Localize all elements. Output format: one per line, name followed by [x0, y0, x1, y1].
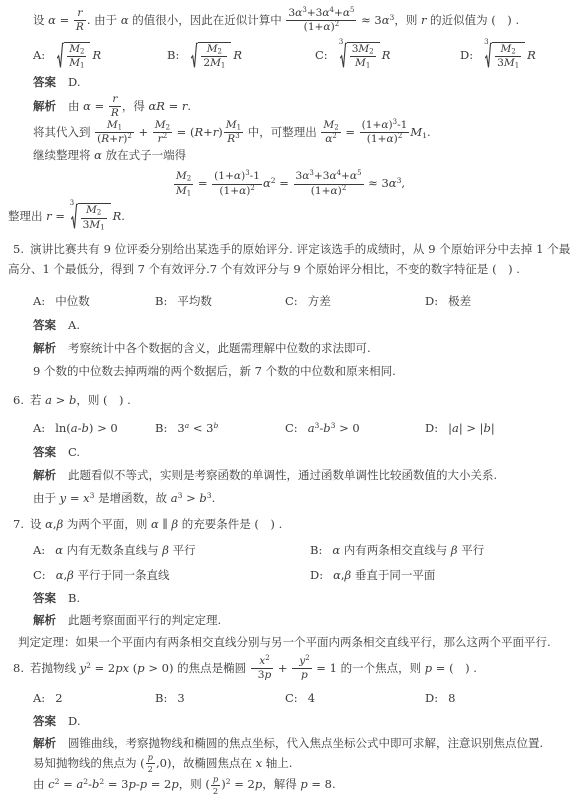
q4-stem: 设 α = rR. 由于 α 的值很小，因此在近似计算中 3α3+3α4+α5(… — [33, 8, 570, 34]
analysis-text: 考察统计中各个数据的含义，此题需理解中位数的求法即可. — [68, 341, 371, 355]
question-text: 若 a > b，则 ( ) . — [30, 393, 131, 407]
question-number: 5. — [13, 242, 30, 256]
q7-stem: 7.设 α,β 为两个平面，则 α ∥ β 的充要条件是 ( ) . — [8, 514, 570, 534]
option-text: 极差 — [448, 294, 471, 308]
q8-analysis-3: 由 c2 = a2-b2 = 3p-p = 2p，则 (p2)2 = 2p，解得… — [33, 774, 570, 795]
option-label-d: D: — [425, 294, 448, 308]
answer-value: A. — [68, 318, 80, 332]
q5-analysis-1: 解析考察统计中各个数据的含义，此题需理解中位数的求法即可. — [33, 338, 570, 358]
option-label-b: B: — [167, 48, 189, 62]
q4-option-c: C:33M2M1R — [315, 42, 460, 70]
q5-option-c: C:方差 — [285, 291, 425, 311]
q6-option-d: D:|a| > |b| — [425, 418, 570, 438]
q4-analysis-5: 整理出 r = 3M23M1R. — [8, 203, 570, 231]
q6-stem: 6.若 a > b，则 ( ) . — [8, 390, 570, 410]
question-number: 8. — [13, 661, 30, 675]
q5-option-d: D:极差 — [425, 291, 570, 311]
q8-option-b: B:3 — [155, 688, 285, 708]
q6-options: A:ln(a-b) > 0 B:3a < 3b C:a3-b3 > 0 D:|a… — [33, 418, 570, 438]
q8-stem: 8.若抛物线 y2 = 2px (p > 0) 的焦点是椭圆 x23p + y2… — [8, 656, 570, 682]
q7-analysis-2: 判定定理：如果一个平面内有两条相交直线分别与另一个平面内两条相交直线平行，那么这… — [18, 632, 570, 652]
option-label-c: C: — [315, 48, 338, 62]
answer-value: C. — [68, 445, 80, 459]
option-text: |a| > |b| — [448, 421, 495, 435]
q4-analysis-2: 将其代入到 M1(R+r)2 + M2r2 = (R+r)M1R3 中，可整理出… — [33, 120, 570, 146]
option-text: α 内有两条相交直线与 β 平行 — [332, 543, 484, 557]
q4-analysis-1: 解析由 α = rR，得 αR = r. — [33, 94, 570, 120]
option-text: 中位数 — [55, 294, 90, 308]
q5-option-b: B:平均数 — [155, 291, 285, 311]
answer-value: B. — [68, 591, 80, 605]
q5-stem: 5.演讲比赛共有 9 位评委分别给出某选手的原始评分. 评定该选手的成绩时，从 … — [8, 239, 570, 279]
q4-options: A:M2M1R B:M22M1R C:33M2M1R D:3M23M1R — [33, 42, 570, 70]
option-text: 33M2M1R — [338, 48, 391, 62]
analysis-label: 解析 — [33, 613, 68, 627]
q8-option-c: C:4 — [285, 688, 425, 708]
q8-analysis-2: 易知抛物线的焦点为 (p2,0)，故椭圆焦点在 x 轴上. — [33, 753, 570, 774]
answer-value: D. — [68, 75, 80, 89]
q7-option-c: C:α,β 平行于同一条直线 — [33, 565, 310, 585]
option-text: 方差 — [308, 294, 331, 308]
option-text: ln(a-b) > 0 — [55, 421, 118, 435]
q4-display-equation: M2M1 = (1+α)3-1(1+α)2α2 = 3α3+3α4+α5(1+α… — [8, 171, 570, 197]
option-text: 2 — [55, 691, 62, 705]
option-text: 3a < 3b — [177, 421, 218, 435]
q6-option-a: A:ln(a-b) > 0 — [33, 418, 155, 438]
option-label-c: C: — [285, 421, 308, 435]
q5-options: A:中位数 B:平均数 C:方差 D:极差 — [33, 291, 570, 311]
q7-option-b: B:α 内有两条相交直线与 β 平行 — [310, 540, 570, 560]
q8-options: A:2 B:3 C:4 D:8 — [33, 688, 570, 708]
answer-label: 答案 — [33, 445, 68, 459]
q5-option-a: A:中位数 — [33, 291, 155, 311]
option-text: a3-b3 > 0 — [308, 421, 360, 435]
option-label-c: C: — [285, 294, 308, 308]
q8-option-d: D:8 — [425, 688, 570, 708]
option-text: α,β 平行于同一条直线 — [56, 568, 170, 582]
q6-option-c: C:a3-b3 > 0 — [285, 418, 425, 438]
q7-options: A:α 内有无数条直线与 β 平行 B:α 内有两条相交直线与 β 平行 C:α… — [33, 540, 570, 585]
option-label-a: A: — [33, 294, 55, 308]
answer-value: D. — [68, 714, 80, 728]
answer-label: 答案 — [33, 318, 68, 332]
option-label-c: C: — [33, 568, 56, 582]
question-number: 7. — [13, 517, 30, 531]
analysis-text: 此题看似不等式，实则是考察函数的单调性，通过函数单调性比较函数值的大小关系. — [68, 468, 497, 482]
q8-analysis-1: 解析圆锥曲线，考察抛物线和椭圆的焦点坐标，代入焦点坐标公式中即可求解，注意识别焦… — [33, 733, 570, 753]
analysis-label: 解析 — [33, 736, 68, 750]
q5-analysis-2: 9 个数的中位数去掉两端的两个数据后，新 7 个数的中位数和原来相同. — [33, 361, 570, 381]
option-text: α,β 垂直于同一平面 — [333, 568, 435, 582]
q4-analysis-3: 继续整理将 α 放在式子一端得 — [33, 145, 570, 165]
q4-option-b: B:M22M1R — [167, 42, 315, 70]
option-text: M22M1R — [189, 48, 242, 62]
option-label-d: D: — [425, 421, 448, 435]
option-label-b: B: — [155, 294, 177, 308]
option-label-a: A: — [33, 691, 55, 705]
option-text: 平均数 — [177, 294, 212, 308]
answer-label: 答案 — [33, 714, 68, 728]
q7-answer-line: 答案B. — [33, 588, 570, 608]
question-text: 演讲比赛共有 9 位评委分别给出某选手的原始评分. 评定该选手的成绩时，从 9 … — [8, 242, 570, 276]
option-label-a: A: — [33, 48, 55, 62]
analysis-label: 解析 — [33, 468, 68, 482]
q8-option-a: A:2 — [33, 688, 155, 708]
math-exam-document: 设 α = rR. 由于 α 的值很小，因此在近似计算中 3α3+3α4+α5(… — [0, 0, 578, 796]
question-number: 6. — [13, 393, 30, 407]
answer-label: 答案 — [33, 75, 68, 89]
question-text: 设 α,β 为两个平面，则 α ∥ β 的充要条件是 ( ) . — [30, 517, 282, 531]
q6-option-b: B:3a < 3b — [155, 418, 285, 438]
q5-answer-line: 答案A. — [33, 315, 570, 335]
q7-analysis-1: 解析此题考察面面平行的判定定理. — [33, 610, 570, 630]
option-label-b: B: — [155, 421, 177, 435]
question-text: 若抛物线 y2 = 2px (p > 0) 的焦点是椭圆 x23p + y2p … — [30, 661, 477, 675]
option-label-a: A: — [33, 421, 55, 435]
analysis-label: 解析 — [33, 99, 68, 113]
q7-option-d: D:α,β 垂直于同一平面 — [310, 565, 570, 585]
option-label-c: C: — [285, 691, 308, 705]
option-label-b: B: — [310, 543, 332, 557]
analysis-text: 由 α = rR，得 αR = r. — [68, 99, 191, 113]
q8-answer-line: 答案D. — [33, 711, 570, 731]
option-text: 3M23M1R — [483, 48, 536, 62]
option-label-d: D: — [425, 691, 448, 705]
option-text: 4 — [308, 691, 315, 705]
analysis-text: 圆锥曲线，考察抛物线和椭圆的焦点坐标，代入焦点坐标公式中即可求解，注意识别焦点位… — [68, 736, 543, 750]
q4-option-d: D:3M23M1R — [460, 42, 570, 70]
option-label-d: D: — [310, 568, 333, 582]
q6-answer-line: 答案C. — [33, 442, 570, 462]
option-label-a: A: — [33, 543, 55, 557]
option-text: M2M1R — [55, 48, 101, 62]
option-text: 3 — [177, 691, 184, 705]
option-label-b: B: — [155, 691, 177, 705]
option-text: 8 — [448, 691, 455, 705]
option-label-d: D: — [460, 48, 483, 62]
q6-analysis-2: 由于 y = x3 是增函数，故 a3 > b3. — [33, 488, 570, 508]
q6-analysis-1: 解析此题看似不等式，实则是考察函数的单调性，通过函数单调性比较函数值的大小关系. — [33, 465, 570, 485]
option-text: α 内有无数条直线与 β 平行 — [55, 543, 195, 557]
analysis-text: 此题考察面面平行的判定定理. — [68, 613, 221, 627]
q4-answer-line: 答案D. — [33, 72, 570, 92]
answer-label: 答案 — [33, 591, 68, 605]
q4-option-a: A:M2M1R — [33, 42, 167, 70]
q7-option-a: A:α 内有无数条直线与 β 平行 — [33, 540, 310, 560]
analysis-label: 解析 — [33, 341, 68, 355]
